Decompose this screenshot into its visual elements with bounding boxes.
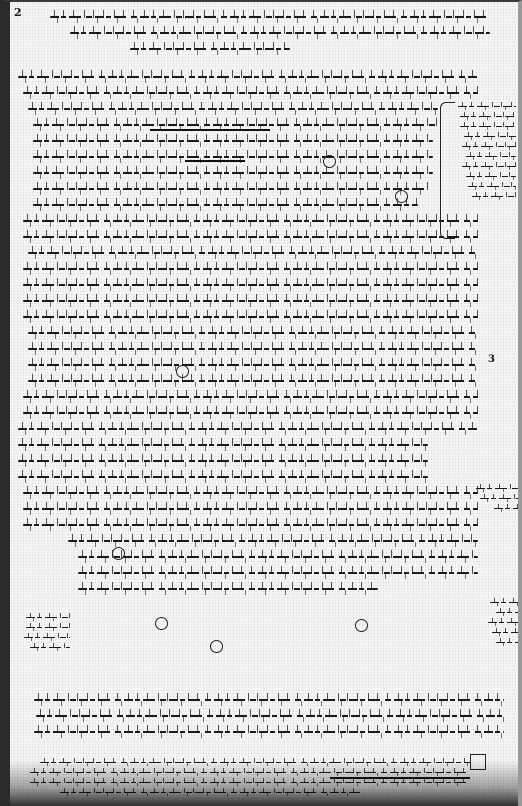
handwriting-line — [476, 488, 522, 489]
handwriting-line — [458, 106, 516, 107]
handwriting-line — [460, 116, 516, 117]
margin-mark: 3 — [488, 354, 495, 365]
handwriting-line — [496, 642, 522, 643]
handwriting-line — [23, 412, 478, 414]
handwriting-line — [33, 172, 433, 174]
handwriting-line — [28, 332, 478, 334]
handwriting-line — [40, 762, 470, 763]
manuscript-page: 2 3 — [0, 0, 522, 806]
left-margin-note — [22, 617, 70, 657]
handwriting-line — [30, 782, 470, 783]
handwriting-line — [33, 156, 433, 158]
handwriting-line — [26, 617, 70, 618]
handwriting-line — [24, 637, 70, 638]
handwriting-line — [23, 508, 478, 510]
right-margin-note-middle — [474, 488, 522, 518]
handwriting-line — [23, 268, 478, 270]
handwriting-line — [23, 492, 478, 494]
handwriting-line — [23, 220, 478, 222]
header-note — [50, 16, 490, 64]
right-margin-note-lower — [486, 602, 522, 652]
handwriting-line — [23, 92, 478, 94]
handwriting-line — [23, 316, 478, 318]
handwriting-line — [28, 364, 478, 366]
handwriting-line — [490, 602, 522, 603]
handwriting-line — [60, 792, 360, 793]
handwriting-line — [36, 715, 504, 717]
handwriting-line — [34, 699, 504, 701]
handwriting-line — [464, 136, 516, 137]
handwriting-line — [466, 156, 516, 157]
strikethrough — [150, 129, 270, 131]
circled-marker — [395, 190, 408, 203]
circled-marker — [112, 547, 125, 560]
handwriting-line — [130, 48, 290, 50]
page-number-mark: 2 — [14, 6, 22, 19]
handwriting-line — [68, 540, 478, 542]
handwriting-line — [18, 460, 428, 462]
handwriting-line — [30, 647, 70, 648]
circled-marker — [355, 619, 368, 632]
handwriting-line — [33, 140, 433, 142]
handwriting-line — [492, 632, 522, 633]
handwriting-line — [78, 572, 478, 574]
handwriting-line — [28, 252, 478, 254]
main-text-block — [18, 76, 478, 604]
circled-marker — [176, 365, 189, 378]
handwriting-line — [28, 380, 478, 382]
handwriting-line — [480, 498, 522, 499]
footnote-block — [30, 762, 470, 802]
strikethrough — [185, 160, 245, 162]
circled-marker — [155, 617, 168, 630]
handwriting-line — [70, 32, 490, 34]
handwriting-line — [33, 188, 428, 190]
handwriting-line — [488, 622, 522, 623]
handwriting-line — [460, 126, 516, 127]
handwriting-line — [496, 612, 522, 613]
handwriting-line — [23, 300, 478, 302]
handwriting-line — [18, 476, 428, 478]
handwriting-line — [23, 284, 478, 286]
handwriting-line — [18, 76, 478, 78]
handwriting-line — [462, 166, 516, 167]
handwriting-line — [26, 627, 70, 628]
handwriting-line — [78, 588, 378, 590]
handwriting-line — [30, 772, 470, 773]
handwriting-line — [23, 524, 478, 526]
handwriting-line — [472, 196, 516, 197]
handwriting-line — [462, 146, 516, 147]
handwriting-line — [18, 444, 428, 446]
handwriting-line — [23, 236, 478, 238]
right-margin-note-upper — [456, 106, 516, 206]
handwriting-line — [466, 176, 516, 177]
circled-marker — [210, 640, 223, 653]
handwriting-line — [33, 204, 418, 206]
handwriting-line — [494, 508, 522, 509]
handwriting-line — [468, 186, 516, 187]
closing-paragraph — [34, 699, 504, 747]
handwriting-line — [28, 348, 478, 350]
handwriting-line — [28, 108, 438, 110]
handwriting-line — [18, 428, 478, 430]
circled-marker — [323, 155, 336, 168]
handwriting-line — [50, 16, 490, 18]
handwriting-line — [78, 556, 478, 558]
footnote-box-marker — [470, 754, 486, 770]
margin-bracket — [440, 102, 455, 239]
handwriting-line — [33, 124, 438, 126]
handwriting-line — [34, 731, 504, 733]
handwriting-line — [23, 396, 478, 398]
